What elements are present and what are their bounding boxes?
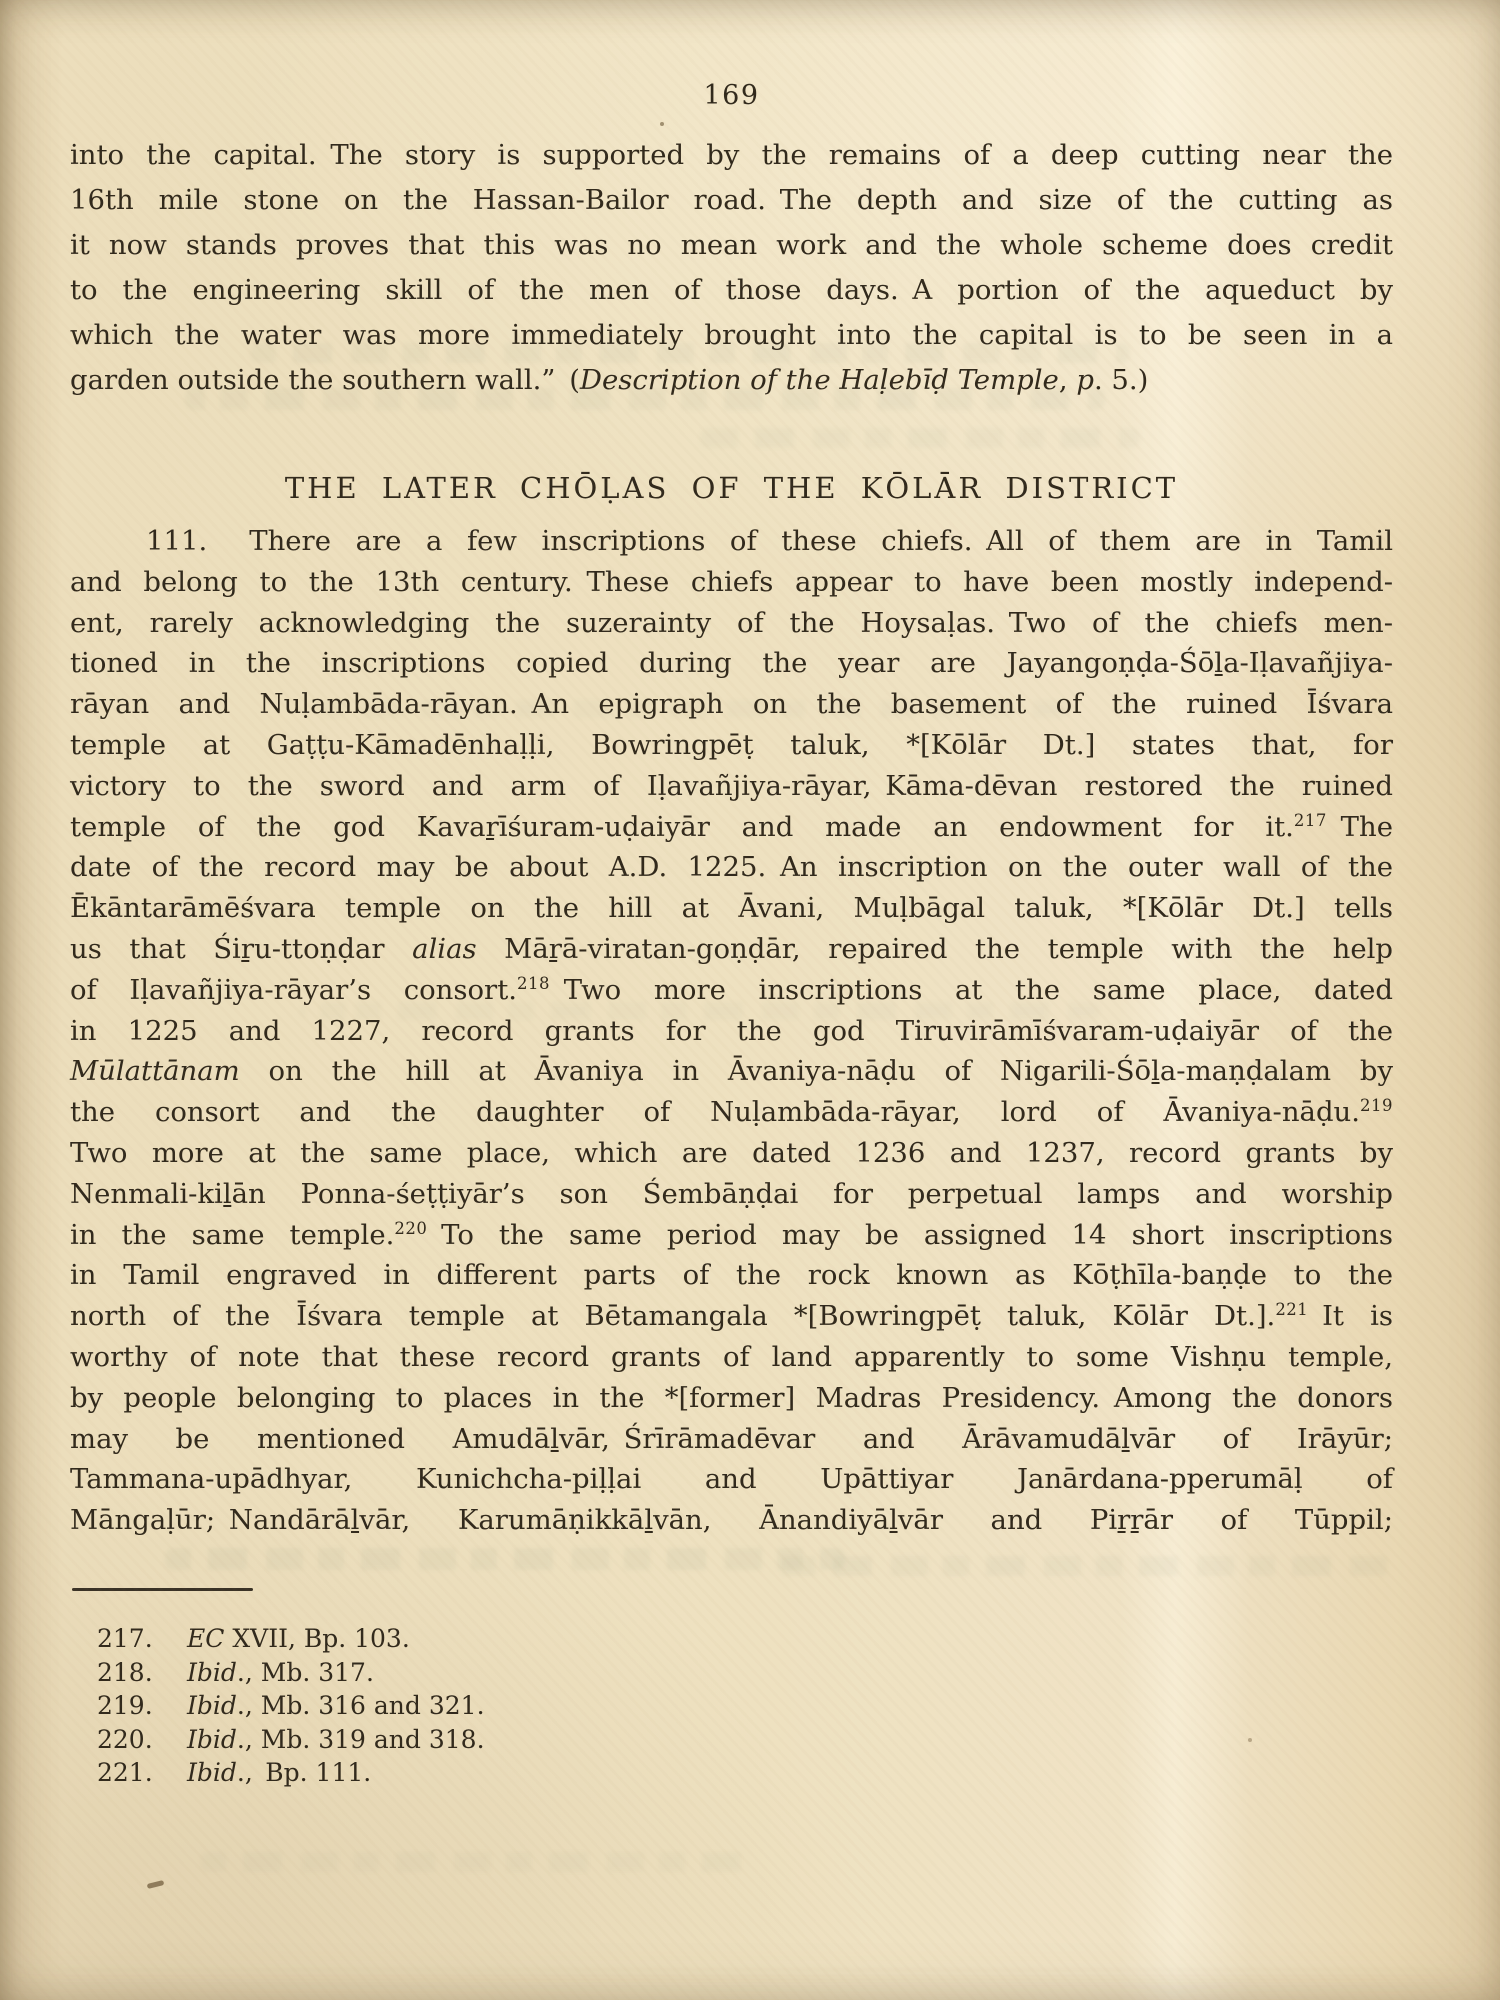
text-line: Tammana-upādhyar, Kunichcha-piḷḷai and U… bbox=[70, 1459, 1393, 1500]
text-line: by people belonging to places in the *[f… bbox=[70, 1378, 1393, 1419]
text-line: Two more at the same place, which are da… bbox=[70, 1133, 1393, 1174]
text-line: into the capital. The story is supported… bbox=[70, 133, 1393, 178]
text-line: ent, rarely acknowledging the suzerainty… bbox=[70, 603, 1393, 644]
text-line: Ēkāntarāmēśvara temple on the hill at Āv… bbox=[70, 888, 1393, 929]
footnote-ref: Ibid., Bp. 111. bbox=[187, 1758, 371, 1787]
footnotes: 217.EC XVII, Bp. 103.218.Ibid., Mb. 317.… bbox=[97, 1622, 1297, 1790]
showthrough-ghost bbox=[200, 1852, 760, 1872]
book-page: 169 into the capital. The story is suppo… bbox=[0, 0, 1500, 2000]
footnote-item: 217.EC XVII, Bp. 103. bbox=[97, 1622, 1297, 1656]
text-line: and belong to the 13th century. These ch… bbox=[70, 562, 1393, 603]
text-line: us that Śiṟu-ttoṇḍar alias Māṟā-viratan-… bbox=[70, 929, 1393, 970]
text-line: rāyan and Nuḷambāda-rāyan. An epigraph o… bbox=[70, 684, 1393, 725]
text-line: Mūlattānam on the hill at Āvaniya in Āva… bbox=[70, 1051, 1393, 1092]
paragraph-111: 111.There are a few inscriptions of thes… bbox=[70, 521, 1393, 1541]
text-line: of Iḷavañjiya-rāyar’s consort.218 Two mo… bbox=[70, 970, 1393, 1011]
scan-speck bbox=[1248, 1738, 1252, 1742]
text-line: temple of the god Kavaṟīśuram-uḍaiyār an… bbox=[70, 807, 1393, 848]
footnote-ref: Ibid., Mb. 316 and 321. bbox=[187, 1691, 485, 1720]
showthrough-ghost bbox=[770, 1556, 1390, 1576]
text-line: tioned in the inscriptions copied during… bbox=[70, 643, 1393, 684]
intro-paragraph: into the capital. The story is supported… bbox=[70, 133, 1393, 403]
text-line: the consort and the daughter of Nuḷambād… bbox=[70, 1092, 1393, 1133]
footnote-ref: EC XVII, Bp. 103. bbox=[187, 1624, 410, 1653]
text-line: victory to the sword and arm of Iḷavañji… bbox=[70, 766, 1393, 807]
text-line: which the water was more immediately bro… bbox=[70, 313, 1393, 358]
text-line: temple at Gaṭṭu-Kāmadēnhaḷḷi, Bowringpēṭ… bbox=[70, 725, 1393, 766]
text-line: 111.There are a few inscriptions of thes… bbox=[70, 521, 1393, 562]
footnote-number: 218. bbox=[97, 1656, 187, 1690]
text-line: north of the Īśvara temple at Bētamangal… bbox=[70, 1296, 1393, 1337]
footnote-item: 220.Ibid., Mb. 319 and 318. bbox=[97, 1723, 1297, 1757]
footnote-rule bbox=[72, 1588, 253, 1591]
footnote-item: 218.Ibid., Mb. 317. bbox=[97, 1656, 1297, 1690]
text-line: in the same temple.220 To the same perio… bbox=[70, 1215, 1393, 1256]
footnote-ref: Ibid., Mb. 319 and 318. bbox=[187, 1725, 485, 1754]
scan-speck bbox=[660, 122, 664, 126]
footnote-item: 219.Ibid., Mb. 316 and 321. bbox=[97, 1689, 1297, 1723]
text-line: in Tamil engraved in different parts of … bbox=[70, 1255, 1393, 1296]
text-line: Nenmali-kiḻān Ponna-śeṭṭiyār’s son Śembā… bbox=[70, 1174, 1393, 1215]
text-line: 16th mile stone on the Hassan-Bailor roa… bbox=[70, 178, 1393, 223]
footnote-ref: Ibid., Mb. 317. bbox=[187, 1658, 374, 1687]
text-line: garden outside the southern wall.” (Desc… bbox=[70, 358, 1393, 403]
text-line: it now stands proves that this was no me… bbox=[70, 223, 1393, 268]
scan-speck bbox=[147, 1880, 165, 1889]
text-line: may be mentioned Amudāḻvār, Śrīrāmadēvar… bbox=[70, 1419, 1393, 1460]
footnote-number: 220. bbox=[97, 1723, 187, 1757]
showthrough-ghost bbox=[700, 428, 1140, 448]
section-heading: THE LATER CHŌḶAS OF THE KŌLĀR DISTRICT bbox=[70, 468, 1393, 508]
text-line: date of the record may be about A.D. 122… bbox=[70, 847, 1393, 888]
footnote-number: 217. bbox=[97, 1622, 187, 1656]
footnote-item: 221.Ibid., Bp. 111. bbox=[97, 1756, 1297, 1790]
showthrough-ghost bbox=[165, 1548, 845, 1570]
text-line: in 1225 and 1227, record grants for the … bbox=[70, 1011, 1393, 1052]
text-line: to the engineering skill of the men of t… bbox=[70, 268, 1393, 313]
page-number: 169 bbox=[70, 80, 1393, 111]
text-line: Māngaḷūr; Nandārāḻvār, Karumāṇikkāḻvān, … bbox=[70, 1500, 1393, 1541]
text-line: worthy of note that these record grants … bbox=[70, 1337, 1393, 1378]
footnote-number: 221. bbox=[97, 1756, 187, 1790]
footnote-number: 219. bbox=[97, 1689, 187, 1723]
